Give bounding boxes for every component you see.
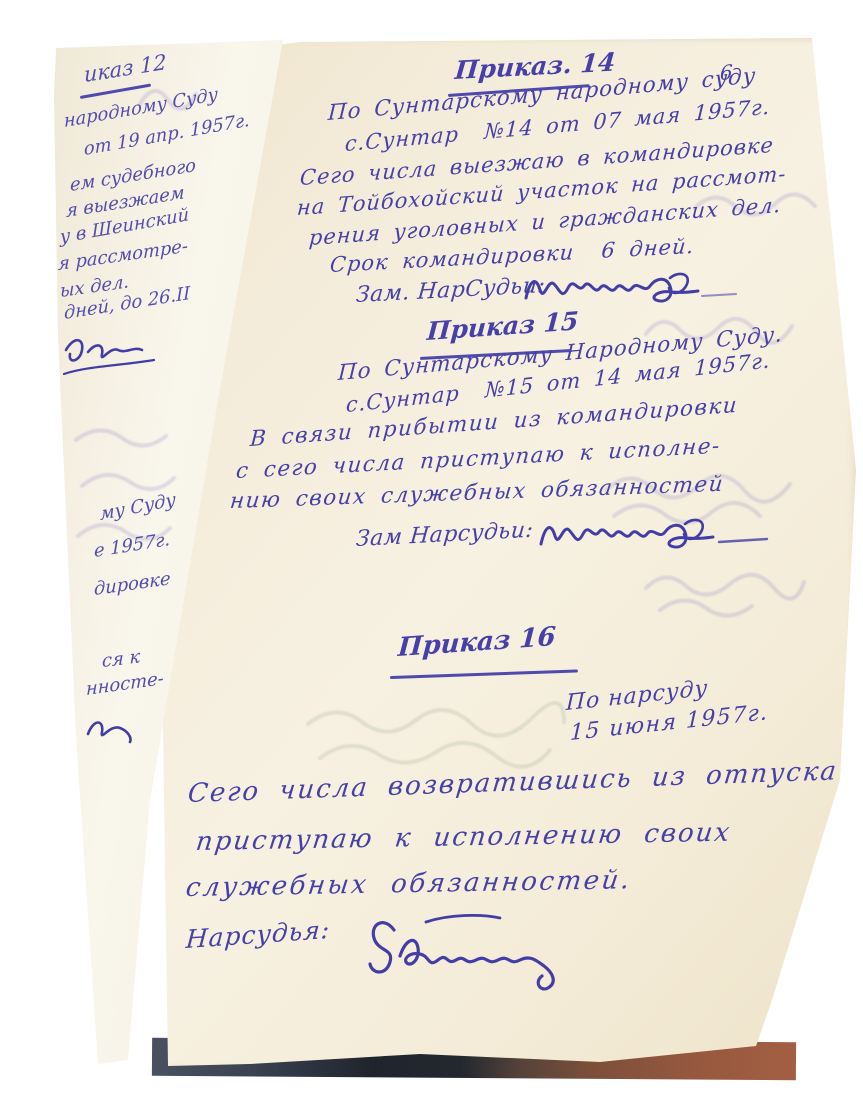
order-16-title: Приказ 16 xyxy=(397,623,557,663)
left-page-fragment: ся к xyxy=(102,647,141,672)
order-15-title: Приказ 15 xyxy=(426,307,579,345)
signature-scribble xyxy=(58,330,178,386)
signature-scribble xyxy=(80,708,140,748)
photo-of-handwritten-ledger: 6 Приказ. 14 По Сунтарскому народному су… xyxy=(0,0,863,1117)
signature-scribble xyxy=(520,266,750,314)
order-15-signoff-label: Зам Нарсудьи: xyxy=(355,519,534,553)
order-14-signoff-label: Зам. НарСудьи: xyxy=(355,274,546,308)
signature-scribble xyxy=(535,512,775,560)
order-16-signoff-label: Нарсудья: xyxy=(185,916,331,954)
bleed-through-ink xyxy=(640,560,810,620)
right-page: 6 Приказ. 14 По Сунтарскому народному су… xyxy=(150,34,862,1070)
signature-scribble xyxy=(360,908,610,1000)
order-16-line: приступаю к исполнению своих xyxy=(194,819,733,857)
left-page-fragment: дировке xyxy=(94,569,170,600)
order-16-title-underline xyxy=(390,669,578,678)
order-16-line: служебных обязанностей. xyxy=(184,866,633,902)
left-page-fragment: нносте- xyxy=(86,669,164,700)
bleed-through-ink xyxy=(300,694,570,778)
